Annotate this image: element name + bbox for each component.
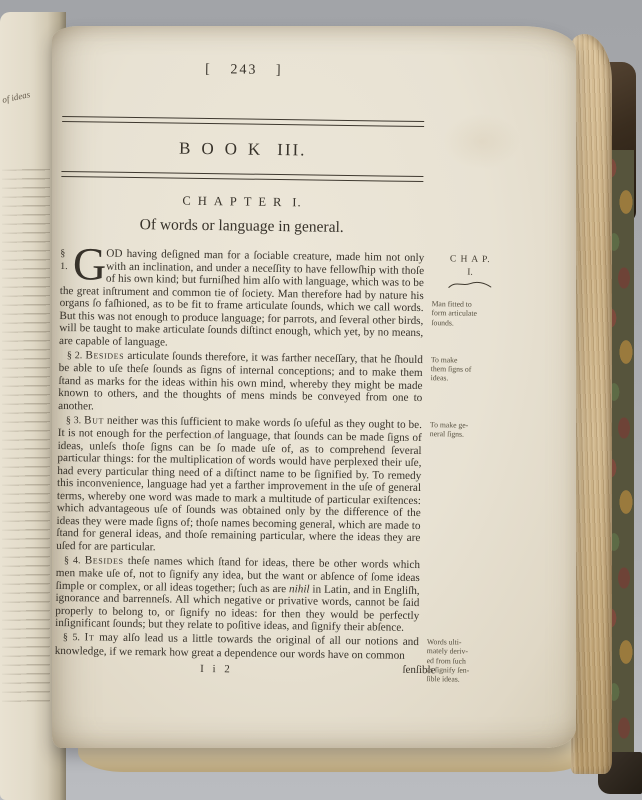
section-number-4: § 4. — [64, 555, 81, 566]
book-heading: BOOKIII. — [62, 137, 424, 163]
margin-note-words-derived: Words ulti- mately deriv- ed from ſuch a… — [426, 637, 503, 685]
section-number-3: § 3. — [66, 415, 81, 426]
double-rule-bottom — [61, 171, 423, 182]
paragraph-4: § 4. Besides theſe names which ſtand for… — [55, 553, 420, 634]
book-page: [ 243 ] BOOKIII. CHAPTERI. Of words or l… — [52, 26, 576, 748]
section-number-2: § 2. — [67, 350, 83, 361]
chapter-heading-numeral: I. — [292, 195, 301, 209]
page-number: [ 243 ] — [63, 60, 425, 83]
facing-page-text-lines — [2, 162, 50, 707]
paragraph-4-latin-word: nihil — [289, 583, 310, 595]
page-footer: I i 2 ſenſible — [54, 661, 418, 682]
margin-note-general-signs: To make ge- neral ſigns. — [430, 420, 506, 440]
chap-swash-icon — [447, 279, 493, 290]
book-photo: of ideas [ 243 ] BOOKIII. CHAPTERI. Of w… — [0, 0, 642, 800]
signature-mark: I i 2 — [54, 661, 378, 678]
drop-cap: G — [73, 247, 107, 284]
paragraph-2-lead: Besides — [85, 349, 124, 362]
page-content: [ 243 ] BOOKIII. CHAPTERI. Of words or l… — [54, 60, 515, 683]
chapter-subtitle: Of words or language in general. — [61, 215, 423, 239]
catchword: ſenſible — [402, 664, 435, 677]
double-rule-top — [62, 116, 424, 127]
section-number-5: § 5. — [63, 632, 80, 643]
margin-chap-text: C H A P. — [450, 254, 491, 265]
paragraph-1-opening: § 1. G — [60, 247, 107, 285]
book-heading-numeral: III. — [277, 140, 306, 159]
paragraph-4-lead: Besides — [85, 554, 124, 567]
paragraph-1-text: having deſigned man for a ſociable creat… — [59, 248, 424, 348]
paragraph-5: Words ulti- mately deriv- ed from ſuch a… — [55, 631, 419, 662]
paragraph-3-text: neither was this ſufficient to make word… — [56, 414, 422, 553]
chapter-heading-word: CHAPTER — [182, 194, 288, 209]
margin-chap-numeral: I. — [467, 268, 473, 278]
section-number-1: § 1. — [60, 247, 70, 284]
paragraph-3-lead: But — [84, 414, 104, 426]
facing-page-text-fragment: of ideas — [1, 89, 31, 105]
paragraph-5-lead: It — [84, 631, 94, 643]
paragraph-1-lead: OD — [106, 248, 122, 260]
paragraph-5-text: may alſo lead us a little towards the or… — [55, 632, 419, 662]
paragraph-2: To make them ſigns of ideas. § 2. Beside… — [58, 348, 423, 417]
book-heading-word: BOOK — [179, 139, 271, 159]
text-column: C H A P. I. Man fitted to form articulat… — [54, 247, 424, 682]
chapter-heading: CHAPTERI. — [61, 192, 423, 213]
page-header: [ 243 ] BOOKIII. CHAPTERI. Of words or l… — [61, 60, 425, 239]
page-block-fore-edge — [571, 34, 612, 774]
margin-chapter-label: C H A P. I. — [432, 252, 509, 290]
paragraph-1: C H A P. I. Man fitted to form articulat… — [59, 247, 424, 352]
paragraph-3: To make ge- neral ſigns. § 3. But neithe… — [56, 413, 422, 557]
margin-note-signs-of-ideas: To make them ſigns of ideas. — [431, 355, 507, 384]
margin-note-man-fitted: Man fitted to form articulate ſounds. — [431, 299, 507, 328]
